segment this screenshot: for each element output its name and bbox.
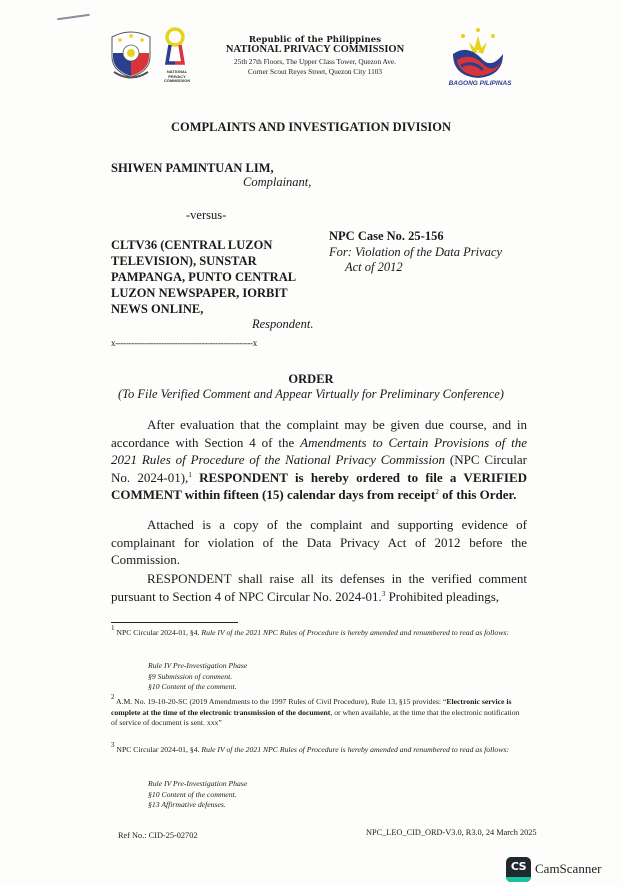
footnote-2: 2 A.M. No. 19-10-20-SC (2019 Amendments … <box>111 697 527 729</box>
camscanner-badge-stripe <box>506 877 531 882</box>
camscanner-badge-text: CS <box>506 860 531 873</box>
document-page: NATIONAL PRIVACY COMMISSION Republic of … <box>0 0 622 886</box>
respondent-line: CLTV36 (CENTRAL LUZON <box>111 237 311 253</box>
case-subject-line1: For: Violation of the Data Privacy <box>329 245 502 260</box>
footnote-2-text: A.M. No. 19-10-20-SC (2019 Amendments to… <box>115 697 447 706</box>
philippine-seal-icon <box>108 27 154 79</box>
versus-label: -versus- <box>186 208 226 223</box>
footnote-3-text: NPC Circular 2024-01, §4. <box>115 745 202 754</box>
footnote-1-italic: Rule IV of the 2021 NPC Rules of Procedu… <box>201 628 509 637</box>
staple-mark <box>57 14 90 21</box>
footnote-1: 1 NPC Circular 2024-01, §4. Rule IV of t… <box>111 628 527 639</box>
reference-number: Ref No.: CID-25-02702 <box>118 831 198 840</box>
document-code: NPC_LEO_CID_ORD-V3.0, R3.0, 24 March 202… <box>366 828 537 837</box>
respondent-line: NEWS ONLINE, <box>111 301 311 317</box>
footnote-list-item: Rule IV Pre-Investigation Phase <box>148 779 247 790</box>
bagong-pilipinas-caption: BAGONG PILIPINAS <box>438 80 522 87</box>
order-paragraph-2: Attached is a copy of the complaint and … <box>111 516 527 569</box>
footnote-list-item: Rule IV Pre-Investigation Phase <box>148 661 247 672</box>
footnote-list-item: §13 Affirmative defenses. <box>148 800 247 811</box>
header-address-line2: Corner Scout Reyes Street, Quezon City 1… <box>200 67 430 76</box>
respondent-line: LUZON NEWSPAPER, IORBIT <box>111 285 311 301</box>
order-title: ORDER <box>0 372 622 387</box>
npc-keyhole-logo-icon <box>161 27 189 67</box>
footnote-3-list: Rule IV Pre-Investigation Phase §10 Cont… <box>148 779 247 811</box>
case-number: NPC Case No. 25-156 <box>329 229 444 244</box>
respondent-line: TELEVISION), SUNSTAR <box>111 253 311 269</box>
footnote-3: 3 NPC Circular 2024-01, §4. Rule IV of t… <box>111 745 527 756</box>
complainant-role: Complainant, <box>243 175 311 190</box>
p3-text-2: Prohibited pleadings, <box>385 589 499 604</box>
footnote-1-text: NPC Circular 2024-01, §4. <box>115 628 202 637</box>
camscanner-logo-icon: CS <box>506 857 531 882</box>
caption-divider: x---------------------------------------… <box>111 338 257 348</box>
respondent-line: PAMPANGA, PUNTO CENTRAL <box>111 269 311 285</box>
footnote-list-item: §10 Content of the comment. <box>148 682 247 693</box>
p2-text: Attached is a copy of the complaint and … <box>111 517 527 567</box>
footnote-1-list: Rule IV Pre-Investigation Phase §9 Submi… <box>148 661 247 693</box>
p1-directive-end: of this Order. <box>439 487 517 502</box>
bagong-pilipinas-logo-icon <box>447 24 509 80</box>
footnote-list-item: §10 Content of the comment. <box>148 790 247 801</box>
header-address-line1: 25th 27th Floors, The Upper Class Tower,… <box>200 57 430 66</box>
footnote-3-italic: Rule IV of the 2021 NPC Rules of Procedu… <box>201 745 509 754</box>
complainant-name: SHIWEN PAMINTUAN LIM, <box>111 161 274 176</box>
respondents-list: CLTV36 (CENTRAL LUZON TELEVISION), SUNST… <box>111 237 311 317</box>
order-paragraph-1: After evaluation that the complaint may … <box>111 416 527 504</box>
division-title: COMPLAINTS AND INVESTIGATION DIVISION <box>0 120 622 135</box>
footnote-separator <box>111 622 238 623</box>
case-subject: For: Violation of the Data Privacy Act o… <box>329 245 502 275</box>
order-subtitle: (To File Verified Comment and Appear Vir… <box>0 387 622 402</box>
footnote-list-item: §9 Submission of comment. <box>148 672 247 683</box>
npc-logo-caption: NATIONAL PRIVACY COMMISSION <box>159 70 195 84</box>
case-subject-line2: Act of 2012 <box>329 260 502 275</box>
order-paragraph-3: RESPONDENT shall raise all its defenses … <box>111 570 527 605</box>
camscanner-label: CamScanner <box>535 861 601 877</box>
header-agency: NATIONAL PRIVACY COMMISSION <box>200 44 430 55</box>
respondent-role: Respondent. <box>252 317 313 332</box>
